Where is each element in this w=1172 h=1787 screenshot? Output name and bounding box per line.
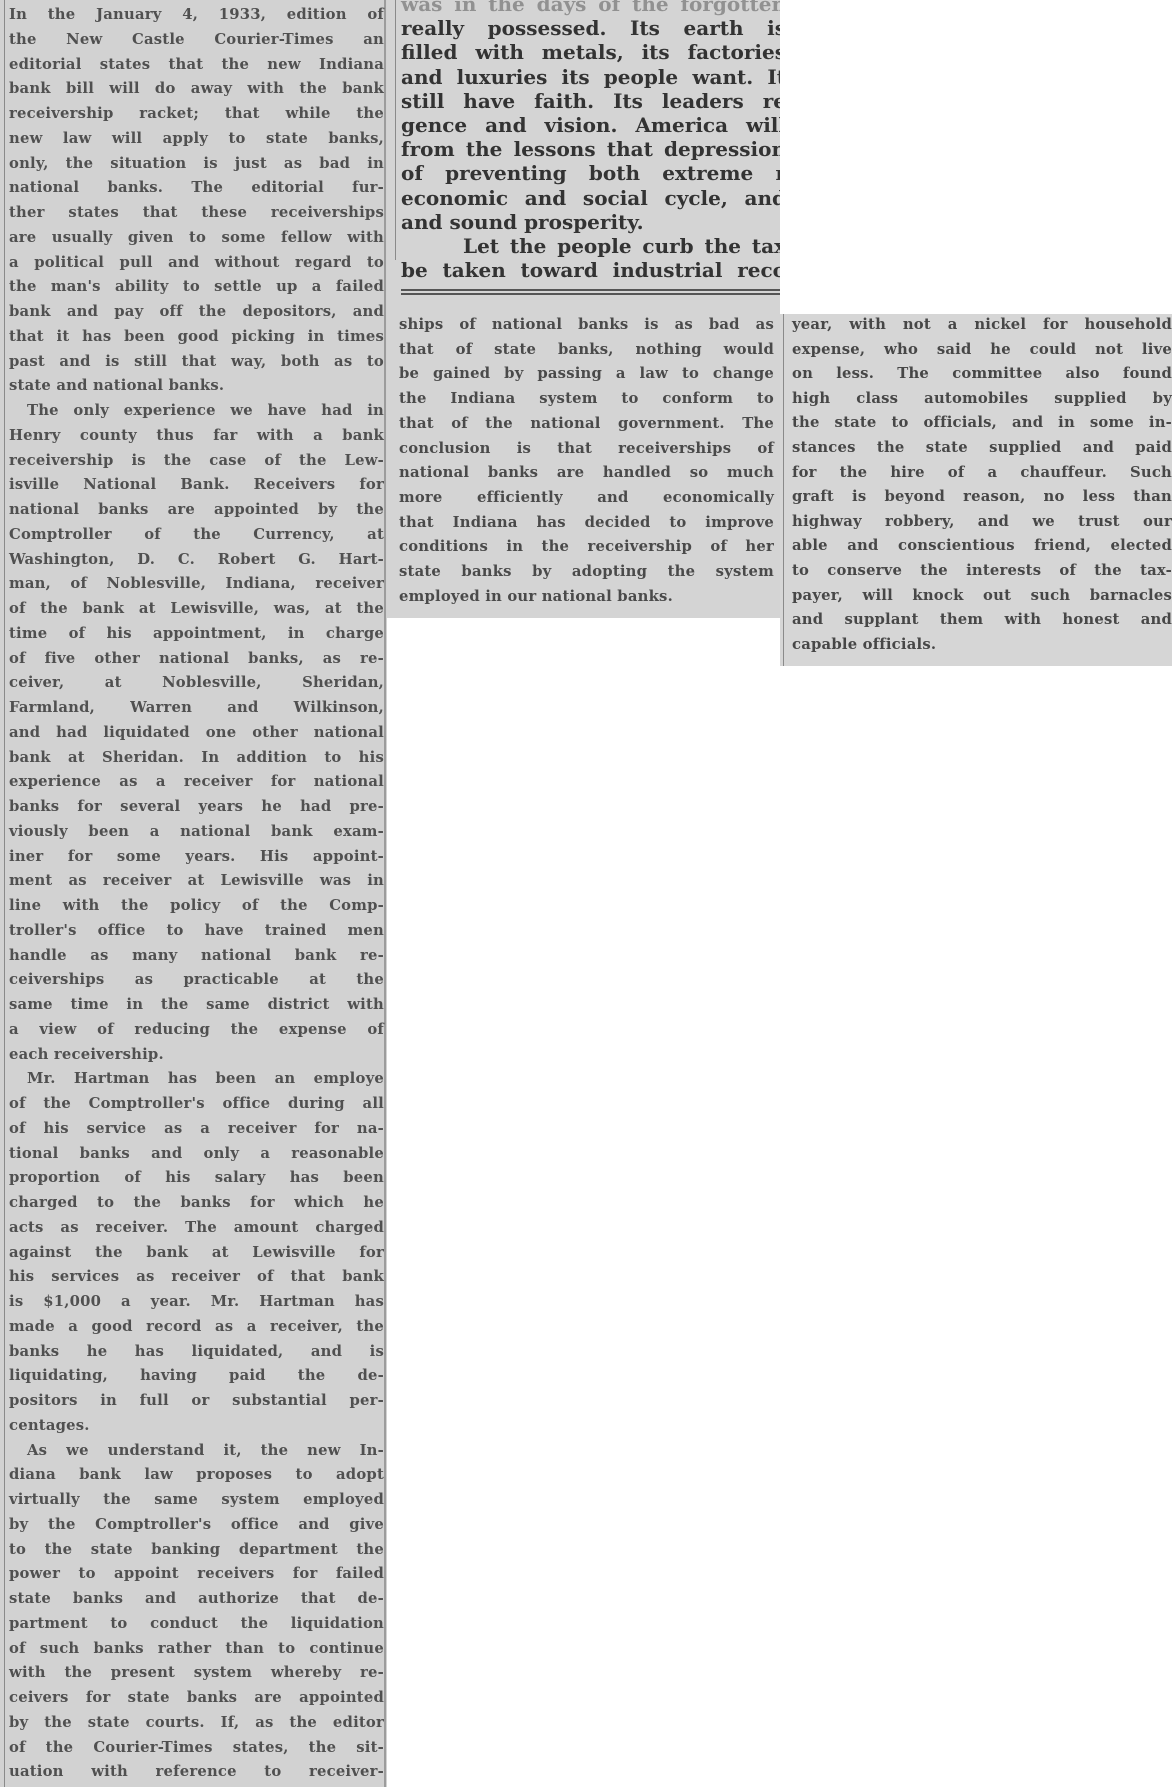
- text-line: Henry county thus far with a bank: [9, 424, 384, 449]
- text-line: that of the national government. The: [399, 412, 774, 437]
- column-rule: [4, 0, 5, 1787]
- text-line: Farmland, Warren and Wilkinson,: [9, 696, 384, 721]
- text-line: and sound prosperity.: [401, 210, 780, 234]
- paragraph: Mr. Hartman has been an employeof the Co…: [9, 1067, 384, 1438]
- column-rule: [395, 0, 396, 260]
- right-column-text: year, with not a nickel for householdexp…: [792, 314, 1172, 657]
- text-line: power to appoint receivers for failed: [9, 1562, 384, 1587]
- right-column-clipping: year, with not a nickel for householdexp…: [780, 314, 1172, 666]
- text-line: of his service as a receiver for na-: [9, 1117, 384, 1142]
- text-line: banks he has liquidated, and is: [9, 1340, 384, 1365]
- text-line: employed in our national banks.: [399, 585, 774, 610]
- text-line: bank and pay off the depositors, and: [9, 300, 384, 325]
- top-middle-clipping: was in the days of the forgotten really …: [387, 0, 780, 303]
- text-line: the New Castle Courier-Times an: [9, 28, 384, 53]
- text-line: troller's office to have trained men: [9, 919, 384, 944]
- text-line: still have faith. Its leaders re: [401, 89, 780, 113]
- text-line: isville National Bank. Receivers for: [9, 473, 384, 498]
- text-line: line with the policy of the Comp-: [9, 894, 384, 919]
- text-line: conclusion is that receiverships of: [399, 437, 774, 462]
- text-line: gence and vision. America will: [401, 113, 780, 137]
- text-line: highway robbery, and we trust our: [792, 510, 1172, 535]
- text-line: payer, will knock out such barnacles: [792, 584, 1172, 609]
- text-line: virtually the same system employed: [9, 1488, 384, 1513]
- text-line: of the bank at Lewisville, was, at the: [9, 597, 384, 622]
- text-line: economic and social cycle, and: [401, 186, 780, 210]
- top-middle-text: was in the days of the forgotten really …: [401, 0, 780, 282]
- text-line: national banks are handled so much: [399, 461, 774, 486]
- text-line: receivership is the case of the Lew-: [9, 449, 384, 474]
- top-middle-lines: really possessed. Its earth isfilled wit…: [401, 16, 780, 234]
- text-line: same time in the same district with: [9, 993, 384, 1018]
- text-line: the Indiana system to conform to: [399, 387, 774, 412]
- text-line: of the Courier-Times states, the sit-: [9, 1736, 384, 1761]
- text-line: on less. The committee also found: [792, 362, 1172, 387]
- text-line: year, with not a nickel for household: [792, 314, 1172, 338]
- text-line: liquidating, having paid the de-: [9, 1364, 384, 1389]
- text-line: acts as receiver. The amount charged: [9, 1216, 384, 1241]
- text-line: and supplant them with honest and: [792, 608, 1172, 633]
- text-line: of the Comptroller's office during all: [9, 1092, 384, 1117]
- double-rule-upper: [401, 289, 780, 291]
- text-line: against the bank at Lewisville for: [9, 1241, 384, 1266]
- text-line: state banks by adopting the system: [399, 560, 774, 585]
- text-line: with the present system whereby re-: [9, 1661, 384, 1686]
- text-line: his services as receiver of that bank: [9, 1265, 384, 1290]
- text-line: graft is beyond reason, no less than: [792, 485, 1172, 510]
- text-line: be gained by passing a law to change: [399, 362, 774, 387]
- text-line: state banks and authorize that de-: [9, 1587, 384, 1612]
- text-line: receivership racket; that while the: [9, 102, 384, 127]
- text-line: ceiver, at Noblesville, Sheridan,: [9, 671, 384, 696]
- text-line: new law will apply to state banks,: [9, 127, 384, 152]
- text-line: viously been a national bank exam-: [9, 820, 384, 845]
- text-line: positors in full or substantial per-: [9, 1389, 384, 1414]
- text-line: the man's ability to settle up a failed: [9, 275, 384, 300]
- text-line: As we understand it, the new In-: [9, 1439, 384, 1464]
- text-line: of such banks rather than to continue: [9, 1637, 384, 1662]
- text-line: only, the situation is just as bad in: [9, 152, 384, 177]
- text-line: made a good record as a receiver, the: [9, 1315, 384, 1340]
- text-line: charged to the banks for which he: [9, 1191, 384, 1216]
- text-line: ment as receiver at Lewisville was in: [9, 869, 384, 894]
- top-middle-last-paragraph: Let the people curb the taxbe taken towa…: [401, 234, 780, 282]
- text-line: national banks are appointed by the: [9, 498, 384, 523]
- text-line: ther states that these receiverships: [9, 201, 384, 226]
- text-line: uation with reference to receiver-: [9, 1760, 384, 1785]
- middle-column-clipping: ships of national banks is as bad asthat…: [387, 303, 780, 618]
- left-column-clipping: In the January 4, 1933, edition ofthe Ne…: [0, 0, 387, 1787]
- text-line: Comptroller of the Currency, at: [9, 523, 384, 548]
- text-line: tional banks and only a reasonable: [9, 1142, 384, 1167]
- text-line: ceivers for state banks are appointed: [9, 1686, 384, 1711]
- text-line: proportion of his salary has been: [9, 1166, 384, 1191]
- text-line: more efficiently and economically: [399, 486, 774, 511]
- text-line: diana bank law proposes to adopt: [9, 1463, 384, 1488]
- text-line: centages.: [9, 1414, 384, 1439]
- paragraph: In the January 4, 1933, edition ofthe Ne…: [9, 3, 384, 399]
- text-line: a political pull and without regard to: [9, 251, 384, 276]
- text-line: be taken toward industrial reco: [401, 258, 780, 282]
- text-line: national banks. The editorial fur-: [9, 176, 384, 201]
- text-line: to conserve the interests of the tax-: [792, 559, 1172, 584]
- middle-column-text: ships of national banks is as bad asthat…: [399, 313, 774, 609]
- text-line: bank bill will do away with the bank: [9, 77, 384, 102]
- text-line: Mr. Hartman has been an employe: [9, 1067, 384, 1092]
- text-line: are usually given to some fellow with: [9, 226, 384, 251]
- text-line: editorial states that the new Indiana: [9, 53, 384, 78]
- text-line: Let the people curb the tax: [401, 234, 780, 258]
- text-line: by the state courts. If, as the editor: [9, 1711, 384, 1736]
- text-line: In the January 4, 1933, edition of: [9, 3, 384, 28]
- text-line: a view of reducing the expense of: [9, 1018, 384, 1043]
- text-line: bank at Sheridan. In addition to his: [9, 746, 384, 771]
- column-rule: [384, 0, 386, 1787]
- text-line: The only experience we have had in: [9, 399, 384, 424]
- partial-top-line: was in the days of the forgotten: [401, 0, 780, 16]
- double-rule-lower: [401, 293, 780, 295]
- text-line: that of state banks, nothing would: [399, 338, 774, 363]
- text-line: filled with metals, its factories: [401, 40, 780, 64]
- text-line: the state to officials, and in some in-: [792, 411, 1172, 436]
- left-column-text: In the January 4, 1933, edition ofthe Ne…: [9, 3, 384, 1785]
- text-line: iner for some years. His appoint-: [9, 845, 384, 870]
- text-line: is $1,000 a year. Mr. Hartman has: [9, 1290, 384, 1315]
- text-line: high class automobiles supplied by: [792, 387, 1172, 412]
- text-line: able and conscientious friend, elected: [792, 534, 1172, 559]
- text-line: of five other national banks, as re-: [9, 647, 384, 672]
- text-line: man, of Noblesville, Indiana, receiver: [9, 572, 384, 597]
- paragraph: As we understand it, the new In-diana ba…: [9, 1439, 384, 1786]
- text-line: expense, who said he could not live: [792, 338, 1172, 363]
- text-line: by the Comptroller's office and give: [9, 1513, 384, 1538]
- text-line: ships of national banks is as bad as: [399, 313, 774, 338]
- column-rule: [783, 314, 784, 666]
- text-line: Washington, D. C. Robert G. Hart-: [9, 548, 384, 573]
- text-line: that Indiana has decided to improve: [399, 511, 774, 536]
- text-line: experience as a receiver for national: [9, 770, 384, 795]
- text-line: handle as many national bank re-: [9, 944, 384, 969]
- text-line: partment to conduct the liquidation: [9, 1612, 384, 1637]
- text-line: and luxuries its people want. It: [401, 65, 780, 89]
- text-line: time of his appointment, in charge: [9, 622, 384, 647]
- text-line: state and national banks.: [9, 374, 384, 399]
- paragraph: The only experience we have had inHenry …: [9, 399, 384, 1067]
- text-line: of preventing both extreme r: [401, 161, 780, 185]
- text-line: past and is still that way, both as to: [9, 350, 384, 375]
- text-line: to the state banking department the: [9, 1538, 384, 1563]
- text-line: each receivership.: [9, 1043, 384, 1068]
- text-line: stances the state supplied and paid: [792, 436, 1172, 461]
- text-line: capable officials.: [792, 633, 1172, 658]
- text-line: for the hire of a chauffeur. Such: [792, 461, 1172, 486]
- text-line: from the lessons that depression: [401, 137, 780, 161]
- text-line: banks for several years he had pre-: [9, 795, 384, 820]
- text-line: and had liquidated one other national: [9, 721, 384, 746]
- text-line: ceiverships as practicable at the: [9, 968, 384, 993]
- text-line: really possessed. Its earth is: [401, 16, 780, 40]
- text-line: conditions in the receivership of her: [399, 535, 774, 560]
- text-line: that it has been good picking in times: [9, 325, 384, 350]
